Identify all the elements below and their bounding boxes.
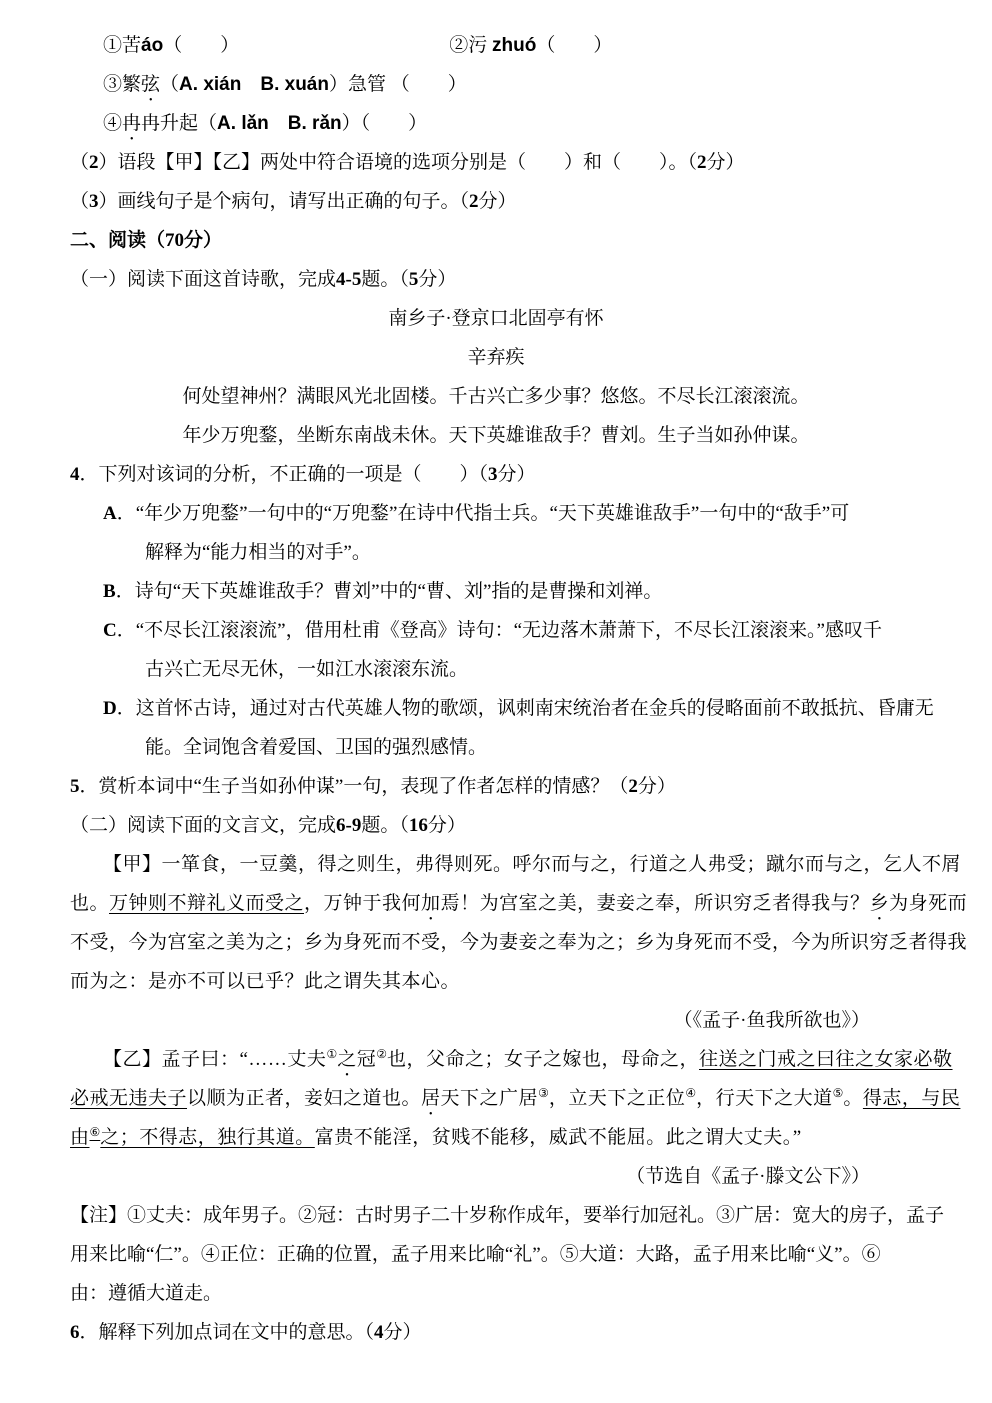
text-segment: 居 [421,1088,441,1109]
note-line-3: 由：遵循大道走。 [70,1274,922,1313]
text-segment: 解释为“能力相当的对手”。 [145,542,371,563]
passage-jia-line-2: 也。万钟则不辩礼义而受之，万钟于我何加焉！为宫室之美，妻妾之奉，所识穷乏者得我与… [70,884,922,923]
column-spacer [239,50,449,51]
passage-yi-line-3: 由⑥之；不得志，独行其道。富贵不能淫，贫贱不能移，威武不能屈。此之谓大丈夫。” [70,1118,922,1157]
text-segment: 【乙】孟子曰：“……丈夫 [103,1049,326,1070]
text-segment: 焉！为宫室之美，妻妾之奉，所识穷乏者得我与？ [441,893,870,914]
passage-jia-line-4: 而为之：是亦不可以已乎？此之谓失其本心。 [70,962,922,1001]
text-segment: ．赏析本词中“生子当如孙仲谋”一句，表现了作者怎样的情感？（ [80,776,629,797]
text-segment: （一）阅读下面这首诗歌，完成 [70,269,336,290]
text-segment: C [103,620,117,641]
text-segment: 分） [384,1322,422,1343]
text-segment: ②污 [449,35,492,56]
poem-line-1: 何处望神州？满眼风光北固楼。千古兴亡多少事？悠悠。不尽长江滚滚流。 [70,377,922,416]
text-segment: 往送之门戒之曰往之女家必敬 [699,1049,953,1070]
text-segment: 【注】①丈夫：成年男子。②冠：古时男子二十岁称作成年，要举行加冠礼。③广居：宽大… [70,1205,944,1226]
question-6: 6．解释下列加点词在文中的意思。（4分） [70,1313,922,1352]
text-segment: 分） [184,230,222,251]
text-segment: 2 [89,152,99,173]
poem-author: 辛弃疾 [70,338,922,377]
passage-yi-line-1: 【乙】孟子曰：“……丈夫①之冠②也，父命之；女子之嫁也，母命之，往送之门戒之曰往… [70,1040,922,1079]
text-segment: （《孟子·鱼我所欲也》） [674,1010,870,1031]
text-segment: ⑤ [833,1086,844,1100]
text-segment: ．解释下列加点词在文中的意思。（ [80,1322,375,1343]
text-segment: 5 [409,269,419,290]
option-c-line-2: 古兴亡无尽无休，一如江水滚滚东流。 [70,650,922,689]
text-segment: 16 [409,815,428,836]
text-segment: 万钟则不辩礼义而受之 [109,893,304,914]
text-segment: （ [70,191,89,212]
passage-jia-source: （《孟子·鱼我所欲也》） [70,1001,922,1040]
option-d-line-1: D．这首怀古诗，通过对古代英雄人物的歌颂，讽刺南宋统治者在金兵的侵略面前不敢抵抗… [70,689,922,728]
text-segment: 之；不得志，独行其道。 [100,1127,315,1148]
text-segment: 2 [697,152,707,173]
text-segment: 70 [165,230,184,251]
text-segment: 必戒无违夫子 [70,1088,187,1109]
text-segment: 加 [421,893,441,914]
text-segment: ，立天下之正位 [549,1088,686,1109]
part-2-intro: （二）阅读下面的文言文，完成6-9题。（16分） [70,806,922,845]
text-segment: 不受，今为宫室之美为之；乡为身死而不受，今为妻妾之奉为之；乡为身死而不受，今为所… [70,932,967,953]
option-a-line-1: A．“年少万兜鍪”一句中的“万兜鍪”在诗中代指士兵。“天下英雄谁敌手”一句中的“… [70,494,922,533]
text-segment: 6 [70,1322,80,1343]
option-d-line-2: 能。全词饱含着爱国、卫国的强烈感情。 [70,728,922,767]
text-segment: 二、阅读（ [70,230,165,251]
text-segment: （二）阅读下面的文言文，完成 [70,815,336,836]
text-segment: 。 [843,1088,863,1109]
text-segment: 分） [498,464,536,485]
text-segment: 3 [488,464,498,485]
text-segment: 南乡子·登京口北固亭有怀 [388,308,603,329]
text-segment: 3 [89,191,99,212]
option-a-line-2: 解释为“能力相当的对手”。 [70,533,922,572]
text-segment: ．下列对该词的分析，不正确的一项是（ ）（ [80,464,489,485]
note-line-1: 【注】①丈夫：成年男子。②冠：古时男子二十岁称作成年，要举行加冠礼。③广居：宽大… [70,1196,922,1235]
passage-jia-line-1: 【甲】一箪食，一豆羹，得之则生，弗得则死。呼尔而与之，行道之人弗受；蹴尔而与之，… [70,845,922,884]
text-segment: 5 [70,776,80,797]
text-segment: 何处望神州？满眼风光北固楼。千古兴亡多少事？悠悠。不尽长江滚滚流。 [182,386,809,407]
text-segment: 以顺为正者，妾妇之道也。 [187,1088,421,1109]
text-segment: ① [326,1047,337,1061]
text-segment: 冉升起（ [141,113,217,134]
text-segment: 辛弃疾 [467,347,524,368]
text-segment: ）（ ） [342,113,428,134]
question-1-part-3: （3）画线句子是个病句，请写出正确的句子。（2分） [70,182,922,221]
text-segment: 由：遵循大道走。 [70,1283,222,1304]
text-segment: 2 [628,776,638,797]
passage-yi-source: （节选自《孟子·滕文公下》） [70,1157,922,1196]
text-segment: B [103,581,116,602]
text-segment: ）画线句子是个病句，请写出正确的句子。（ [99,191,470,212]
text-segment: （ ） [163,35,239,56]
text-segment: D [103,698,117,719]
text-segment: 年少万兜鍪，坐断东南战未休。天下英雄谁敌手？曹刘。生子当如孙仲谋。 [182,425,809,446]
option-b: B．诗句“天下英雄谁敌手？曹刘”中的“曹、刘”指的是曹操和刘禅。 [70,572,922,611]
text-segment: ⑥ [90,1125,101,1139]
text-segment: ③繁 [103,74,141,95]
text-segment: 由 [70,1127,90,1148]
text-segment: 能。全词饱含着爱国、卫国的强烈感情。 [145,737,487,758]
text-segment: ③ [538,1086,549,1100]
text-segment: ．“不尽长江滚滚流”，借用杜甫《登高》诗句：“无边落木萧萧下，不尽长江滚滚来。”… [117,620,882,641]
text-segment: ①苦 [103,35,141,56]
passage-yi-line-2: 必戒无违夫子以顺为正者，妾妇之道也。居天下之广居③，立天下之正位④，行天下之大道… [70,1079,922,1118]
text-segment: 之 [337,1049,357,1070]
text-segment: 富贵不能淫，贫贱不能移，威武不能屈。此之谓大丈夫。” [315,1127,802,1148]
text-segment: 分） [428,815,466,836]
text-segment: 古兴亡无尽无休，一如江水滚滚东流。 [145,659,468,680]
text-segment: 也。 [70,893,109,914]
poem-title: 南乡子·登京口北固亭有怀 [70,299,922,338]
text-segment: 冠 [357,1049,377,1070]
text-segment: ）语段【甲】【乙】两处中符合语境的选项分别是（ ）和（ ）。（ [99,152,698,173]
blank-item-3: ③繁弦（A. xián B. xuán）急管 （ ） [70,65,922,104]
text-segment: 题。（ [361,269,409,290]
text-segment: 用来比喻“仁”。④正位：正确的位置，孟子用来比喻“礼”。⑤大道：大路，孟子用来比… [70,1244,881,1265]
text-segment: 2 [469,191,479,212]
text-segment: （ [70,152,89,173]
text-segment: 4 [374,1322,384,1343]
text-segment: 6-9 [336,815,361,836]
text-segment: 【甲】一箪食，一豆羹，得之则生，弗得则死。呼尔而与之，行道之人弗受；蹴尔而与之，… [103,854,961,875]
text-segment: ④ [685,1086,696,1100]
text-segment: A. lǎn B. rǎn [217,113,342,134]
text-segment: 分） [638,776,676,797]
text-segment: 分） [479,191,517,212]
question-4: 4．下列对该词的分析，不正确的一项是（ ）（3分） [70,455,922,494]
note-line-2: 用来比喻“仁”。④正位：正确的位置，孟子用来比喻“礼”。⑤大道：大路，孟子用来比… [70,1235,922,1274]
text-segment: 天下之广居 [441,1088,539,1109]
blank-item-row-1-2: ①苦áo（ ）②污 zhuó（ ） [70,26,922,65]
question-5: 5．赏析本词中“生子当如孙仲谋”一句，表现了作者怎样的情感？（2分） [70,767,922,806]
text-segment: 得志，与民 [863,1088,961,1109]
part-1-intro: （一）阅读下面这首诗歌，完成4-5题。（5分） [70,260,922,299]
text-segment: ，行天下之大道 [696,1088,833,1109]
document-page: ①苦áo（ ）②污 zhuó（ ）③繁弦（A. xián B. xuán）急管 … [0,0,992,1403]
option-c-line-1: C．“不尽长江滚滚流”，借用杜甫《登高》诗句：“无边落木萧萧下，不尽长江滚滚来。… [70,611,922,650]
text-segment: áo [141,35,163,56]
text-segment: 为身死而 [889,893,967,914]
question-1-part-2: （2）语段【甲】【乙】两处中符合语境的选项分别是（ ）和（ ）。（2分） [70,143,922,182]
text-segment: 冉 [122,113,141,134]
text-segment: 而为之：是亦不可以已乎？此之谓失其本心。 [70,971,460,992]
section-2-heading: 二、阅读（70分） [70,221,922,260]
text-segment: ．“年少万兜鍪”一句中的“万兜鍪”在诗中代指士兵。“天下英雄谁敌手”一句中的“敌… [117,503,849,524]
text-segment: （节选自《孟子·滕文公下》） [626,1166,870,1187]
text-segment: ② [376,1047,387,1061]
text-segment: 也，父命之；女子之嫁也，母命之， [387,1049,699,1070]
blank-item-4: ④冉冉升起（A. lǎn B. rǎn）（ ） [70,104,922,143]
document-body: ①苦áo（ ）②污 zhuó（ ）③繁弦（A. xián B. xuán）急管 … [0,0,992,1352]
text-segment: zhuó [492,35,536,56]
poem-line-2: 年少万兜鍪，坐断东南战未休。天下英雄谁敌手？曹刘。生子当如孙仲谋。 [70,416,922,455]
text-segment: ．诗句“天下英雄谁敌手？曹刘”中的“曹、刘”指的是曹操和刘禅。 [116,581,663,602]
text-segment: 分） [418,269,456,290]
text-segment: 题。（ [361,815,409,836]
text-segment: 4-5 [336,269,361,290]
text-segment: （ [160,74,179,95]
text-segment: ．这首怀古诗，通过对古代英雄人物的歌颂，讽刺南宋统治者在金兵的侵略面前不敢抵抗、… [117,698,934,719]
text-segment: A [103,503,117,524]
text-segment: 4 [70,464,80,485]
text-segment: （ ） [536,35,612,56]
text-segment: ）急管 （ ） [329,74,467,95]
text-segment: ④ [103,113,122,134]
text-segment: ，万钟于我何 [304,893,421,914]
text-segment: 分） [707,152,745,173]
text-segment: 乡 [870,893,890,914]
passage-jia-line-3: 不受，今为宫室之美为之；乡为身死而不受，今为妻妾之奉为之；乡为身死而不受，今为所… [70,923,922,962]
text-segment: A. xián B. xuán [179,74,329,95]
text-segment: 弦 [141,74,160,95]
